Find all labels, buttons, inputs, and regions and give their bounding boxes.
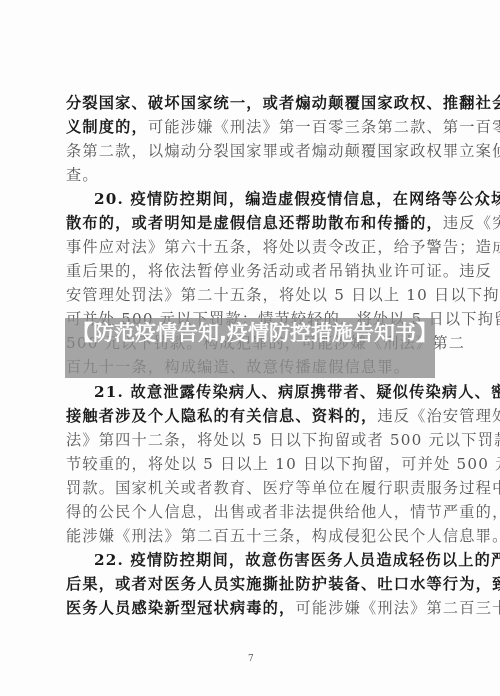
text-line: 后果，或者对医务人员实施撕扯防护装备、吐口水等行为，致使 [66, 574, 438, 594]
section-20-heading: 20. 疫情防控期间，编造虚假疫情信息，在网络等公众场合 [94, 189, 438, 209]
text-line: 能涉嫌《刑法》第二百五十三条，构成侵犯公民个人信息罪。 [66, 526, 438, 546]
text-line: 散布的，或者明知是虚假信息还帮助散布和传播的，违反《突发 [66, 213, 438, 233]
text-line: 节较重的，将处以 5 日以上 10 日以下拘留，可并处 500 元以下 [66, 454, 438, 474]
section-22-heading: 22. 疫情防控期间，故意伤害医务人员造成轻伤以上的严重 [94, 550, 438, 570]
text-line: 得的公民个人信息，出售或者非法提供给他人，情节严重的，可 [66, 502, 438, 522]
text-line: 事件应对法》第六十五条，将处以责令改正，给予警告；造成严 [66, 237, 438, 257]
text-line: 法》第四十二条，将处以 5 日以下拘留或者 500 元以下罚款；情 [66, 430, 438, 450]
page-number: 7 [248, 654, 254, 664]
text-line: 义制度的，可能涉嫌《刑法》第一百零三条第二款、第一百零五 [66, 117, 438, 137]
text-line: 条第二款，以煽动分裂国家罪或者煽动颠覆国家政权罪立案侦 [66, 141, 438, 161]
banner-title: 【防范疫情告知,疫情防控措施告知书】 [72, 320, 438, 346]
text-line: 罚款。国家机关或者教育、医疗等单位在履行职责服务过程中获 [66, 478, 438, 498]
text-line: 分裂国家、破坏国家统一，或者煽动颠覆国家政权、推翻社会主 [66, 93, 438, 113]
text-line: 医务人员感染新型冠状病毒的，可能涉嫌《刑法》第二百三十四 [66, 598, 438, 618]
text-line: 重后果的，将依法暂停业务活动或者吊销执业许可证。违反《治 [66, 261, 438, 281]
text-line: 接触者涉及个人隐私的有关信息、资料的，违反《治安管理处罚 [66, 406, 438, 426]
text-line: 安管理处罚法》第二十五条，将处以 5 日以上 10 日以下拘留， [66, 285, 438, 305]
text-line: 查。 [66, 165, 438, 185]
section-21-heading: 21. 故意泄露传染病人、病原携带者、疑似传染病人、密切 [94, 382, 438, 402]
